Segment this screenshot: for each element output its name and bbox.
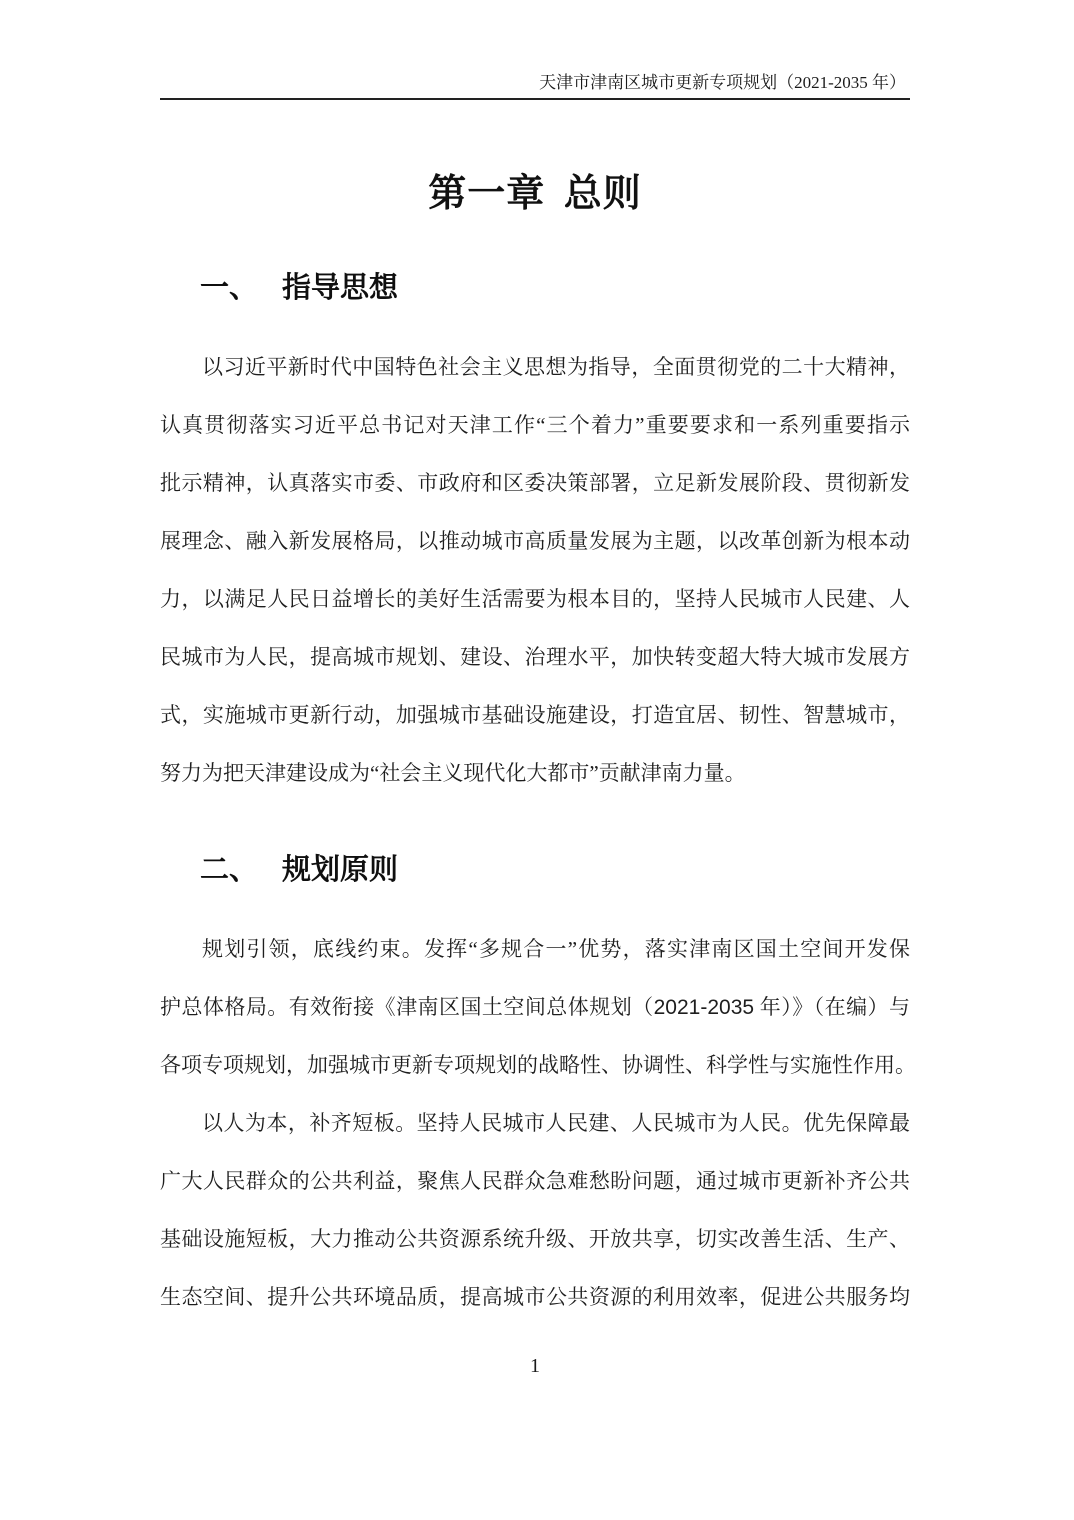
sections: 一、指导思想以习近平新时代中国特色社会主义思想为指导，全面贯彻党的二十大精神，认… [160,266,910,1326]
paragraph-line: 基础设施短板，大力推动公共资源系统升级、开放共享，切实改善生活、生产、 [160,1210,910,1268]
paragraph-line: 规划引领，底线约束。发挥“多规合一”优势，落实津南区国土空间开发保 [160,920,910,978]
paragraph-line: 护总体格局。有效衔接《津南区国土空间总体规划（2021-2035 年）》（在编）… [160,978,910,1036]
paragraph-line: 展理念、融入新发展格局，以推动城市高质量发展为主题，以改革创新为根本动 [160,512,910,570]
paragraph-line: 批示精神，认真落实市委、市政府和区委决策部署，立足新发展阶段、贯彻新发 [160,454,910,512]
paragraph-line: 式，实施城市更新行动，加强城市基础设施建设，打造宜居、韧性、智慧城市， [160,686,910,744]
paragraph-line: 以习近平新时代中国特色社会主义思想为指导，全面贯彻党的二十大精神， [160,338,910,396]
text-run: 护总体格局。有效衔接《津南区国土空间总体规划（ [160,995,654,1019]
section: 一、指导思想以习近平新时代中国特色社会主义思想为指导，全面贯彻党的二十大精神，认… [160,266,910,802]
paragraph: 以习近平新时代中国特色社会主义思想为指导，全面贯彻党的二十大精神，认真贯彻落实习… [160,338,910,802]
paragraph-line: 生态空间、提升公共环境品质，提高城市公共资源的利用效率，促进公共服务均 [160,1268,910,1326]
section-title: 指导思想 [282,272,398,304]
text-run: 年）》（在编）与 [754,995,910,1019]
section: 二、规划原则规划引领，底线约束。发挥“多规合一”优势，落实津南区国土空间开发保护… [160,848,910,1326]
paragraph: 规划引领，底线约束。发挥“多规合一”优势，落实津南区国土空间开发保护总体格局。有… [160,920,910,1094]
paragraph-line: 努力为把天津建设成为“社会主义现代化大都市”贡献津南力量。 [160,744,910,802]
paragraph-line: 广大人民群众的公共利益，聚焦人民群众急难愁盼问题，通过城市更新补齐公共 [160,1152,910,1210]
section-number: 二、 [200,854,258,886]
paragraph-line: 以人为本，补齐短板。坚持人民城市人民建、人民城市为人民。优先保障最 [160,1094,910,1152]
page-number: 1 [160,1352,910,1380]
section-heading: 二、规划原则 [160,848,910,892]
section-number: 一、 [200,272,258,304]
paragraph-line: 民城市为人民，提高城市规划、建设、治理水平，加快转变超大特大城市发展方 [160,628,910,686]
paragraph-line: 各项专项规划，加强城市更新专项规划的战略性、协调性、科学性与实施性作用。 [160,1036,910,1094]
paragraph-line: 力，以满足人民日益增长的美好生活需要为根本目的，坚持人民城市人民建、人 [160,570,910,628]
document-page: 天津市津南区城市更新专项规划（2021-2035 年） 第一章 总则 一、指导思… [0,0,1074,1520]
paragraph: 以人为本，补齐短板。坚持人民城市人民建、人民城市为人民。优先保障最广大人民群众的… [160,1094,910,1326]
text-run: 2021-2035 [654,996,754,1019]
page-content: 第一章 总则 一、指导思想以习近平新时代中国特色社会主义思想为指导，全面贯彻党的… [160,0,910,1326]
section-heading: 一、指导思想 [160,266,910,310]
section-title: 规划原则 [282,854,398,886]
paragraph-line: 认真贯彻落实习近平总书记对天津工作“三个着力”重要要求和一系列重要指示 [160,396,910,454]
chapter-title: 第一章 总则 [160,0,910,220]
